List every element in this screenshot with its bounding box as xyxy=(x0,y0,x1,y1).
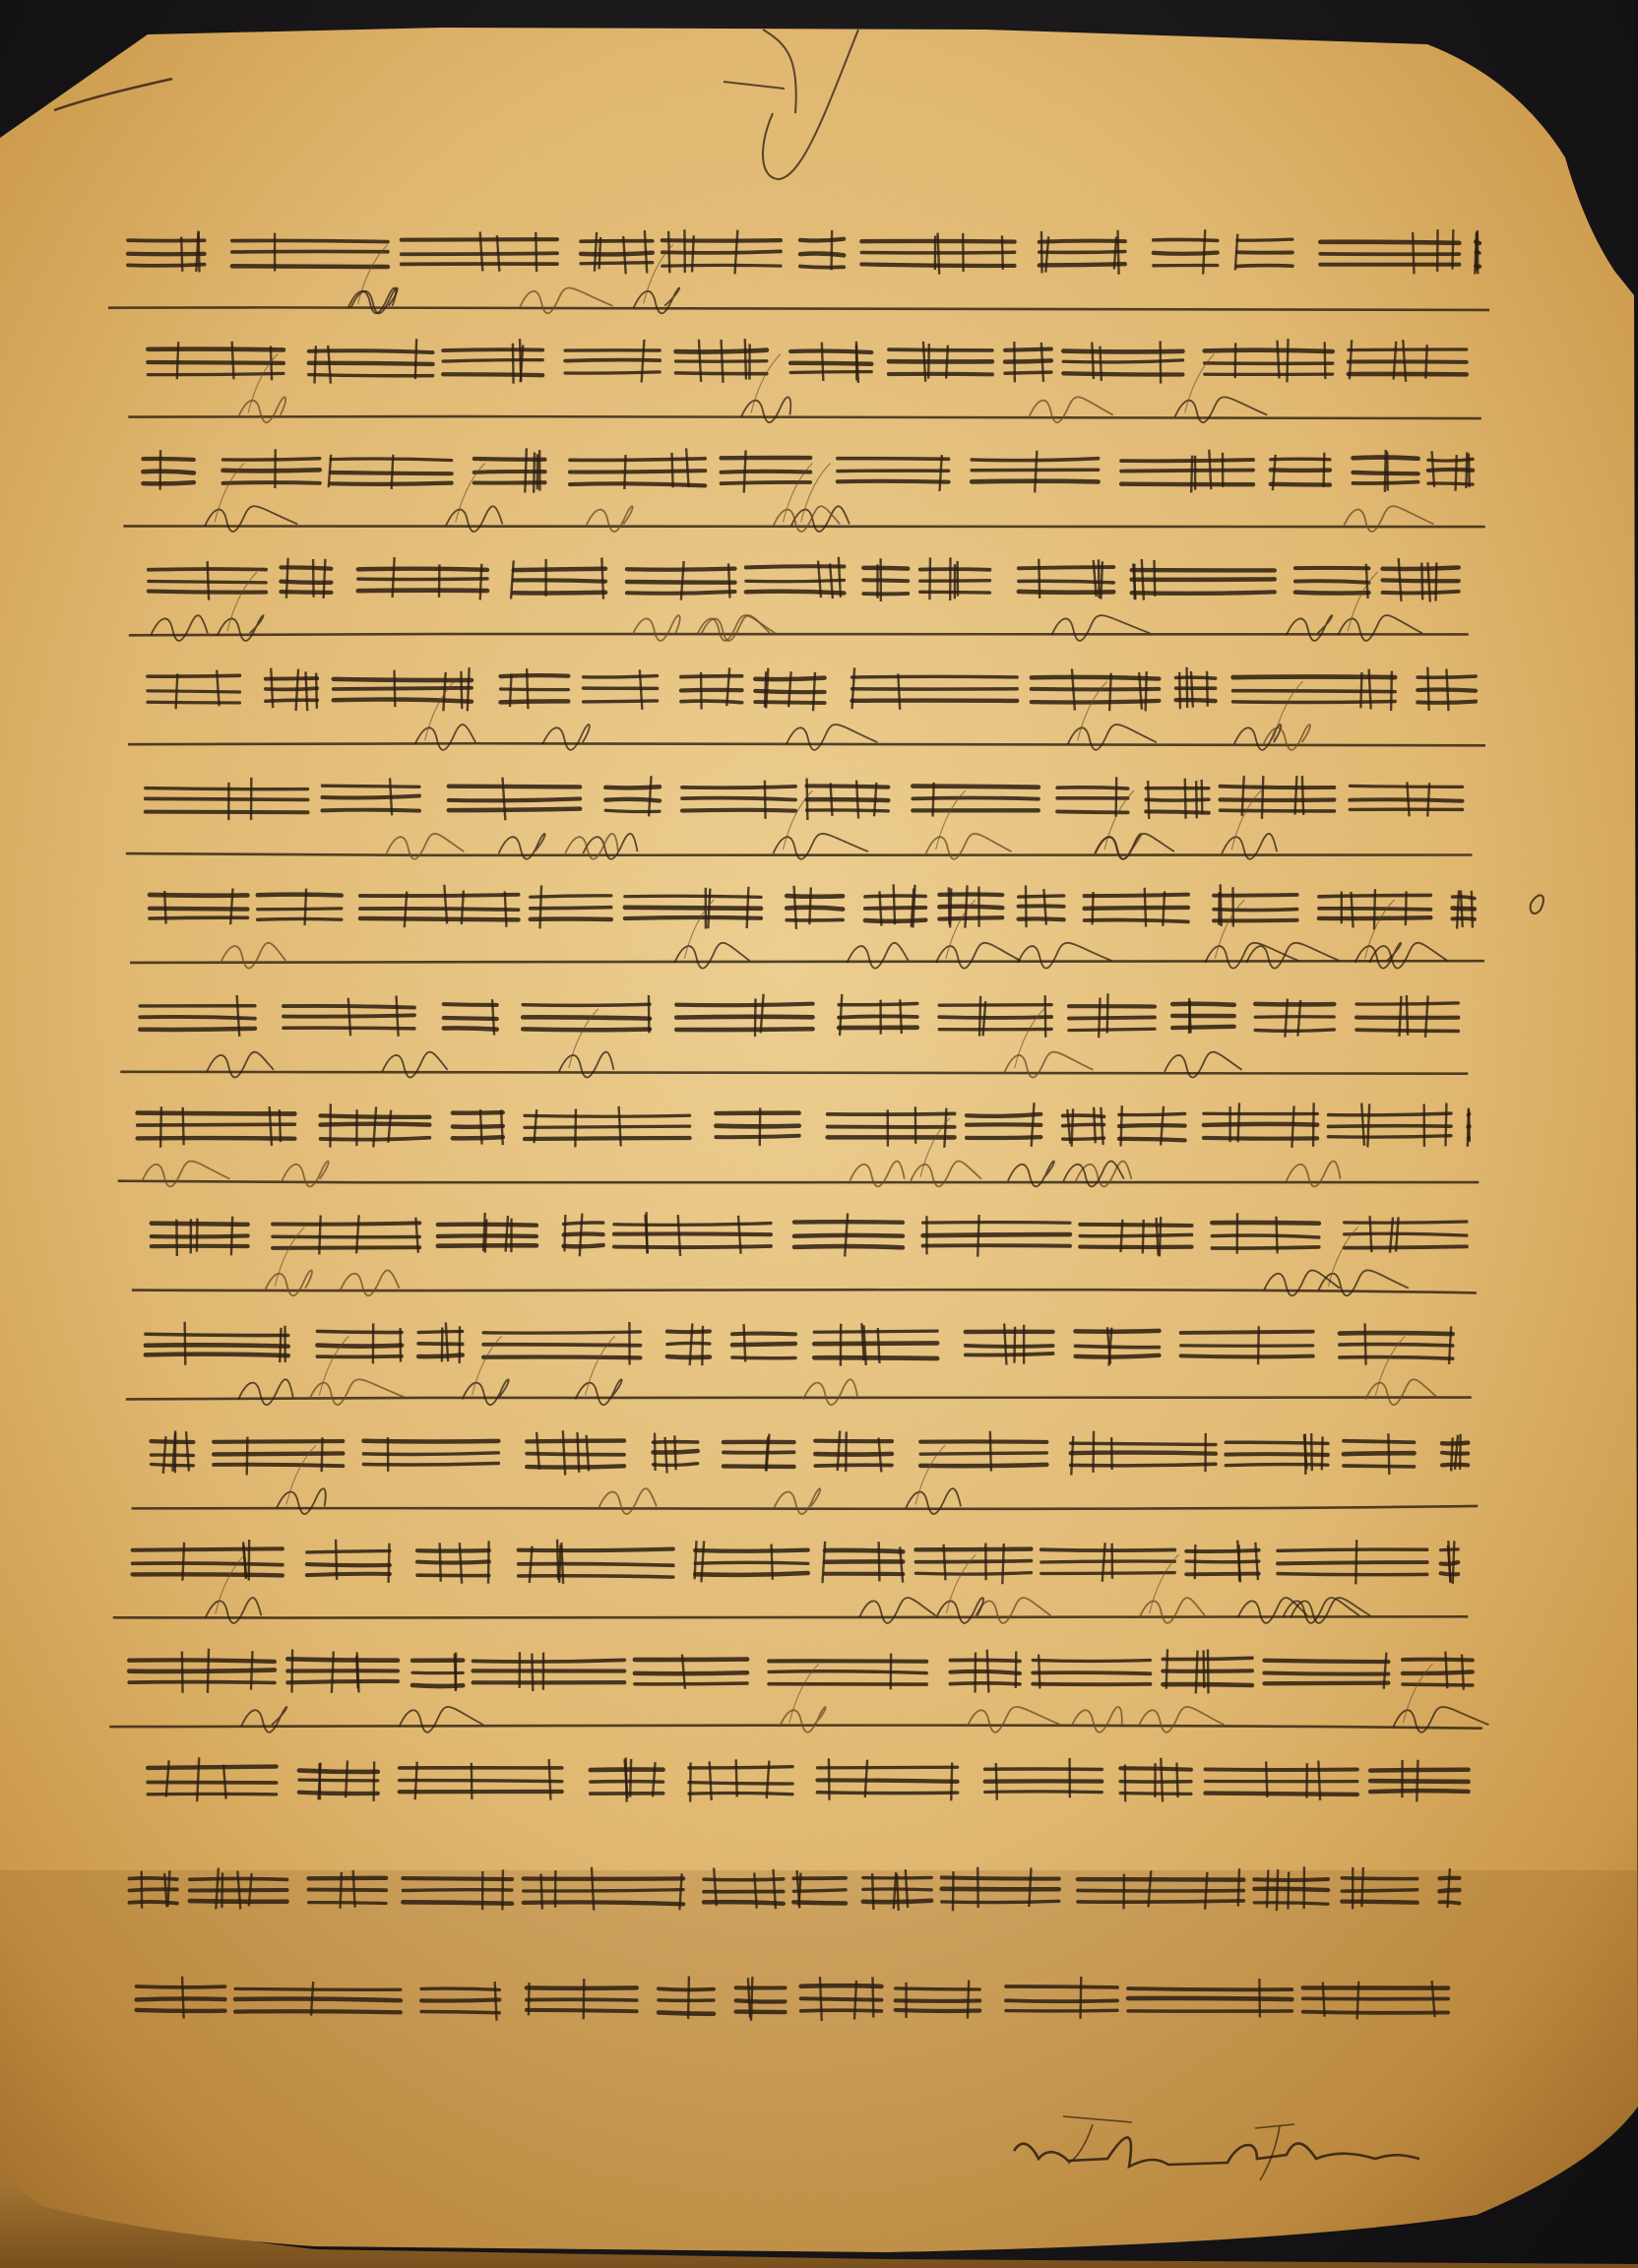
photo-scene: All writing is indecipherable pseudo-scr… xyxy=(0,0,1638,2268)
manuscript-page xyxy=(0,0,1638,2268)
